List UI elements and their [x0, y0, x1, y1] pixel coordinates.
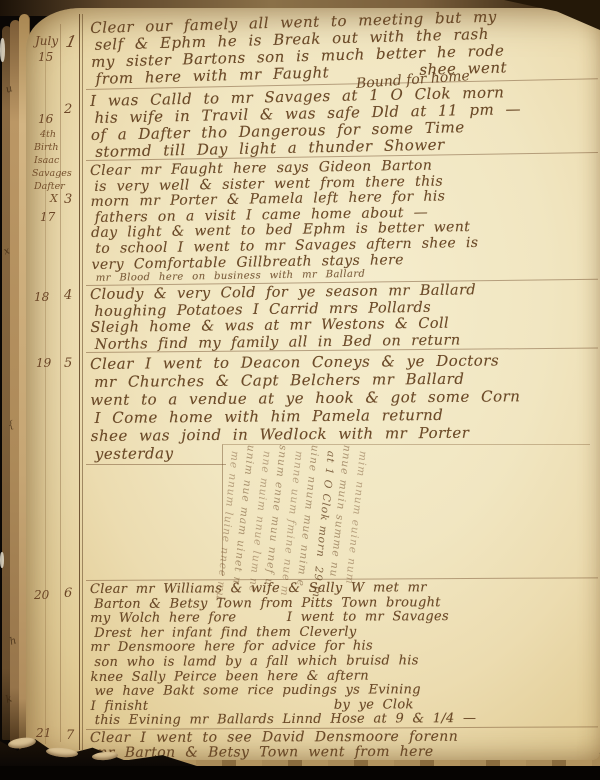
- margin-date: 21: [36, 726, 51, 740]
- margin-date: 17: [40, 210, 55, 224]
- margin-weekday: 2: [64, 102, 72, 117]
- margin-date: 19: [36, 356, 51, 370]
- diary-entry: Clear our famely all went to meeting but…: [90, 6, 598, 88]
- diary-entry: Clear mr Williams & wife & Sally W met m…: [90, 580, 597, 729]
- entry-separator-line: [86, 464, 226, 465]
- margin-month: July: [35, 34, 58, 48]
- diary-entry: I was Calld to mr Savages at 1 O Clok mo…: [90, 82, 597, 161]
- birth-note-line: Isaac: [34, 154, 59, 167]
- birth-note-line: Savages: [32, 167, 72, 180]
- date-column-rule-line: [60, 24, 61, 742]
- photo-background-bottom: [0, 766, 600, 780]
- page-edge-speck: [0, 38, 5, 62]
- page-edge-speck: [0, 552, 4, 568]
- birth-note-line: 4th: [40, 128, 56, 141]
- manuscript-page: July 15 1 2 16 4th Birth Isaac Savages D…: [26, 8, 600, 760]
- cross-written-text-block: me nnum luine nnee mu unim nue mam uinet…: [222, 444, 590, 576]
- margin-date: 18: [34, 290, 49, 304]
- diary-page-scan: u x { h k July 15 1 2 16 4th Birth Isaac…: [0, 0, 600, 780]
- diary-entry: Clear mr Faught here says Gideon Barton …: [90, 156, 598, 285]
- diary-entry: Cloudy & very Cold for ye season mr Ball…: [90, 281, 597, 353]
- margin-rule-line: [79, 14, 83, 750]
- margin-weekday: 6: [64, 586, 72, 601]
- margin-weekday: 3: [64, 192, 72, 207]
- margin-date: 16: [38, 112, 53, 126]
- margin-date: 15: [38, 50, 53, 64]
- diary-entry: Clear I went to see David Densmoore fore…: [90, 729, 596, 761]
- margin-date: 20: [34, 588, 49, 602]
- birth-note-line: Birth: [34, 141, 59, 154]
- margin-weekday: 1: [64, 32, 78, 51]
- margin-weekday: 4: [64, 288, 72, 303]
- birth-note-paid-mark: X: [50, 192, 58, 205]
- margin-weekday: 5: [64, 356, 72, 371]
- margin-weekday: 7: [66, 728, 74, 743]
